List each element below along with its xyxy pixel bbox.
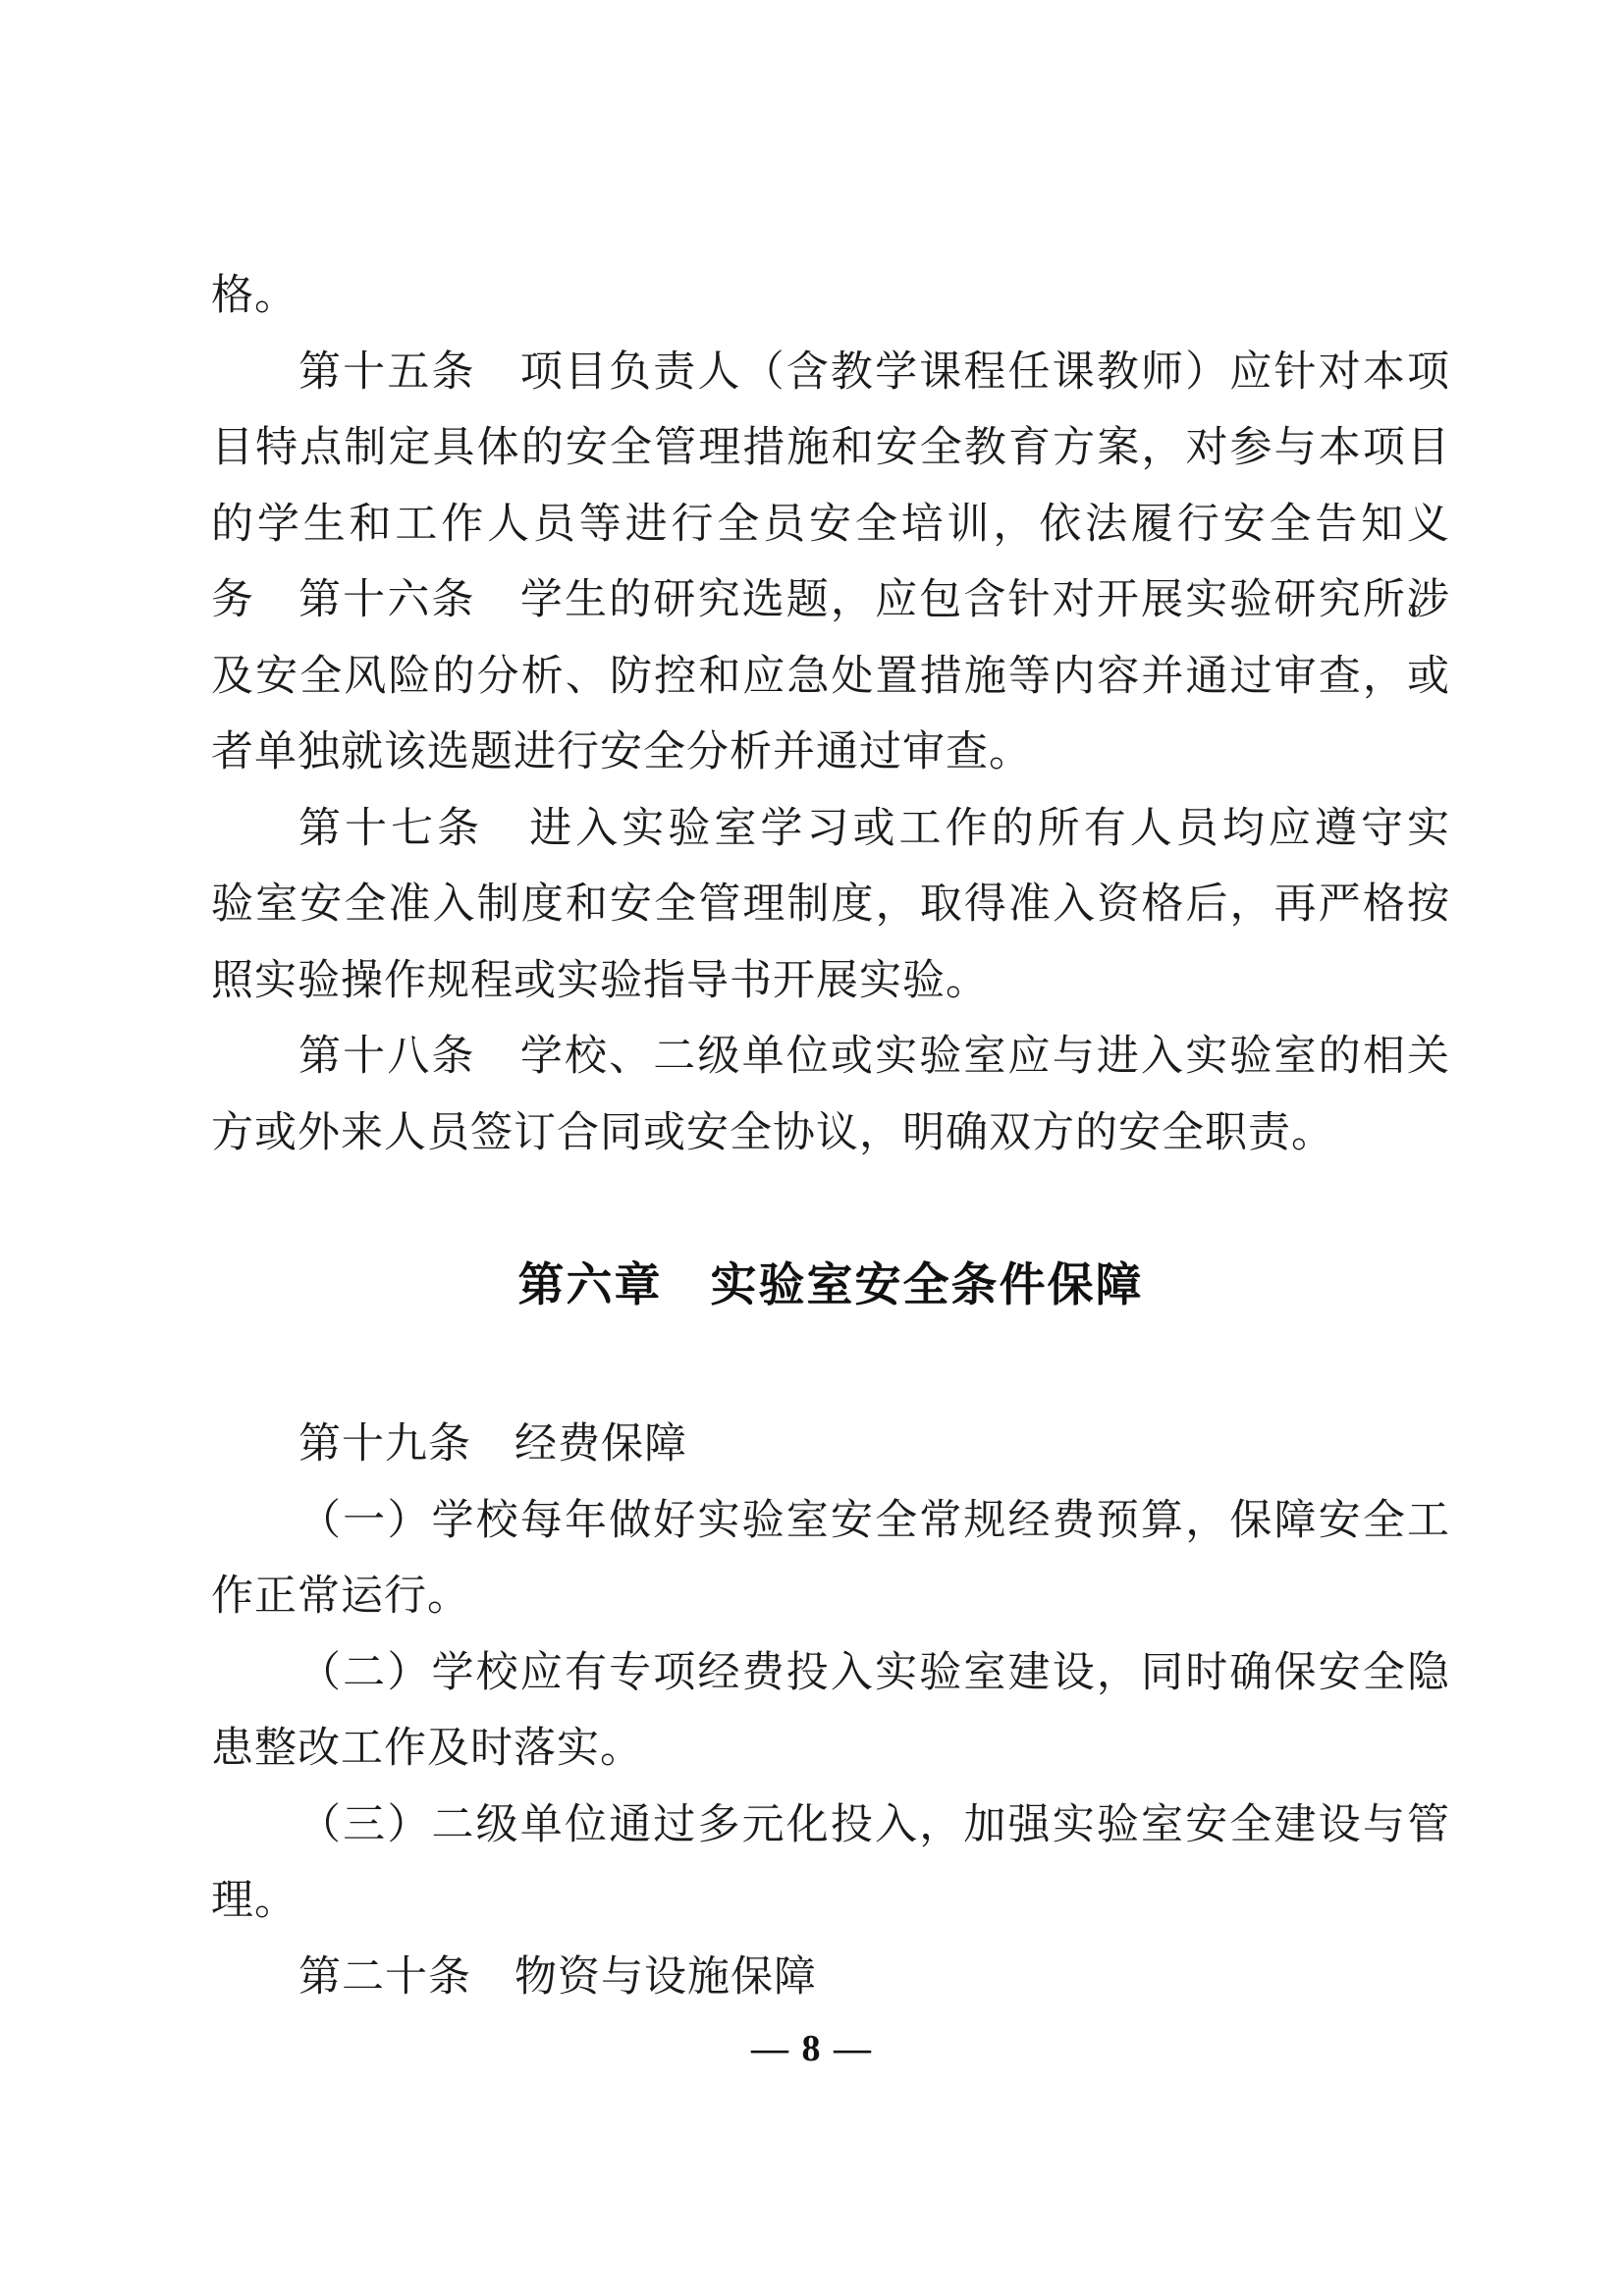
- text-line: 验室安全准入制度和安全管理制度，取得准入资格后，再严格按: [211, 867, 1450, 943]
- text-line: 理。: [211, 1863, 1450, 1940]
- text-line: 格。: [211, 258, 1450, 335]
- text-line: 者单独就该选题进行安全分析并通过审查。: [211, 715, 1450, 791]
- text-line: （三）二级单位通过多元化投入，加强实验室安全建设与管: [211, 1788, 1450, 1864]
- text-line: 第十九条 经费保障: [211, 1407, 1450, 1483]
- document-page: 格。第十五条 项目负责人（含教学课程任课教师）应针对本项目特点制定具体的安全管理…: [0, 0, 1624, 2296]
- body-text-section-1: 格。第十五条 项目负责人（含教学课程任课教师）应针对本项目特点制定具体的安全管理…: [211, 258, 1450, 1171]
- text-line: 第十八条 学校、二级单位或实验室应与进入实验室的相关: [211, 1019, 1450, 1095]
- text-line: 第十六条 学生的研究选题，应包含针对开展实验研究所涉: [211, 562, 1450, 639]
- text-line: 方或外来人员签订合同或安全协议，明确双方的安全职责。: [211, 1095, 1450, 1172]
- text-line: 第十五条 项目负责人（含教学课程任课教师）应针对本项: [211, 335, 1450, 411]
- text-line: 第十七条 进入实验室学习或工作的所有人员均应遵守实: [211, 791, 1450, 868]
- chapter-heading: 第六章 实验室安全条件保障: [211, 1255, 1450, 1315]
- text-line: 照实验操作规程或实验指导书开展实验。: [211, 943, 1450, 1020]
- text-line: 作正常运行。: [211, 1559, 1450, 1635]
- text-line: （二）学校应有专项经费投入实验室建设，同时确保安全隐: [211, 1635, 1450, 1712]
- page-number: — 8 —: [0, 2024, 1624, 2073]
- body-text-section-2: 第十九条 经费保障（一）学校每年做好实验室安全常规经费预算，保障安全工作正常运行…: [211, 1407, 1450, 2015]
- text-line: 患整改工作及时落实。: [211, 1711, 1450, 1788]
- text-line: 及安全风险的分析、防控和应急处置措施等内容并通过审查，或: [211, 639, 1450, 716]
- text-line: 目特点制定具体的安全管理措施和安全教育方案，对参与本项目: [211, 410, 1450, 487]
- text-line: 第二十条 物资与设施保障: [211, 1940, 1450, 2016]
- text-line: （一）学校每年做好实验室安全常规经费预算，保障安全工: [211, 1483, 1450, 1560]
- text-line: 的学生和工作人员等进行全员安全培训，依法履行安全告知义务。: [211, 487, 1450, 563]
